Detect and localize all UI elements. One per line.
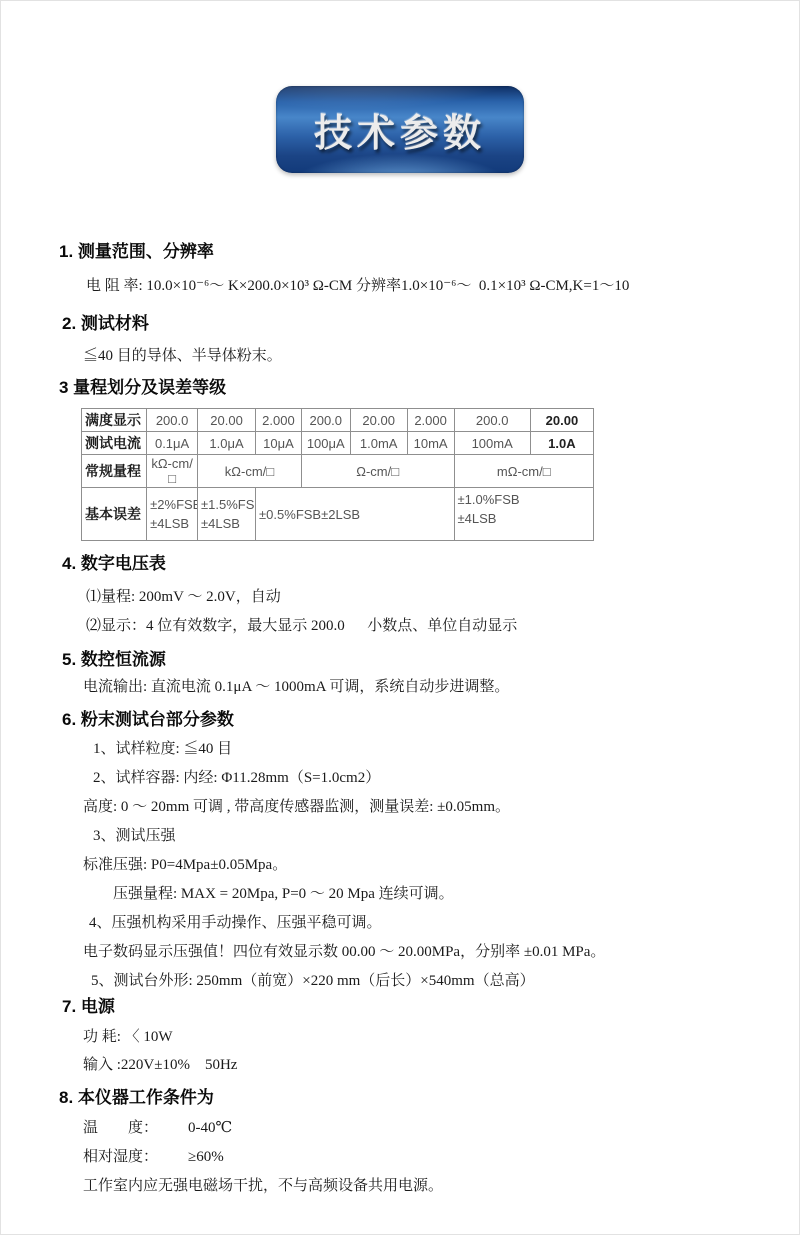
table-cell: ±1.0%FSB ±4LSB [454, 488, 594, 541]
range-error-table: 满度显示 200.0 20.00 2.000 200.0 20.00 2.000… [81, 408, 594, 541]
row-label: 基本误差 [82, 488, 147, 541]
section-6-item: 2、试样容器: 内经: Φ11.28mm（S=1.0cm2） [93, 768, 799, 789]
table-cell: 100μA [301, 432, 350, 455]
section-7-heading: 7. 电源 [62, 996, 799, 1018]
section-6-item: 压强量程: MAX = 20Mpa, P=0 ～ 20 Mpa 连续可调。 [113, 884, 799, 905]
table-cell: ±2%FSB ±4LSB [147, 488, 198, 541]
table-row-test-current: 测试电流 0.1μA 1.0μA 10μA 100μA 1.0mA 10mA 1… [82, 432, 594, 455]
section-6-item: 高度: 0 ～ 20mm 可调 , 带高度传感器监测，测量误差: ±0.05mm… [83, 797, 799, 818]
table-cell: 2.000 [256, 409, 302, 432]
section-7-line-1: 功 耗: 〈 10W [83, 1027, 799, 1048]
table-cell: 200.0 [147, 409, 198, 432]
section-4-heading: 4. 数字电压表 [62, 553, 799, 575]
section-1-heading: 1. 测量范围、分辨率 [59, 241, 799, 263]
section-6-item: 标准压强: P0=4Mpa±0.05Mpa。 [83, 855, 799, 876]
section-8-heading: 8. 本仪器工作条件为 [59, 1087, 799, 1109]
page-title: 技术参数 [314, 102, 486, 157]
section-4-line-2: ⑵显示：4 位有效数字，最大显示 200.0 小数点、单位自动显示 [86, 616, 799, 637]
section-6-item: 3、测试压强 [93, 826, 799, 847]
table-cell: 1.0μA [198, 432, 256, 455]
table-row-full-scale: 满度显示 200.0 20.00 2.000 200.0 20.00 2.000… [82, 409, 594, 432]
table-cell: Ω-cm/□ [301, 455, 454, 488]
section-6-item: 5、测试台外形: 250mm（前宽）×220 mm（后长）×540mm（总高） [91, 971, 799, 992]
section-4-line-1: ⑴量程: 200mV ～ 2.0V，自动 [86, 587, 799, 608]
row-label: 测试电流 [82, 432, 147, 455]
table-cell: 20.00 [530, 409, 593, 432]
table-cell: 0.1μA [147, 432, 198, 455]
table-cell: 10μA [256, 432, 302, 455]
table-cell: 1.0mA [350, 432, 407, 455]
section-8-line-1: 温 度： 0-40℃ [83, 1118, 799, 1139]
table-cell: 1.0A [530, 432, 593, 455]
table-cell: 200.0 [301, 409, 350, 432]
section-6-item: 1、试样粒度: ≦40 目 [93, 739, 799, 760]
row-label: 常规量程 [82, 455, 147, 488]
table-row-range-units: 常规量程 kΩ-cm/□ kΩ-cm/□ Ω-cm/□ mΩ-cm/□ [82, 455, 594, 488]
table-row-basic-error: 基本误差 ±2%FSB ±4LSB ±1.5%FSB ±4LSB ±0.5%FS… [82, 488, 594, 541]
section-8-line-2: 相对湿度： ≥60% [83, 1147, 799, 1168]
table-cell: mΩ-cm/□ [454, 455, 594, 488]
title-banner: 技术参数 [276, 86, 524, 173]
table-cell: kΩ-cm/□ [198, 455, 302, 488]
section-6-heading: 6. 粉末测试台部分参数 [62, 709, 799, 731]
row-label: 满度显示 [82, 409, 147, 432]
section-7-line-2: 输入 :220V±10% 50Hz [83, 1055, 799, 1076]
table-cell: 200.0 [454, 409, 530, 432]
table-cell: ±0.5%FSB±2LSB [256, 488, 454, 541]
table-cell: 20.00 [350, 409, 407, 432]
section-1-body: 电 阻 率: 10.0×10⁻⁶～ K×200.0×10³ Ω-CM 分辨率1.… [86, 276, 799, 297]
section-3-heading: 3 量程划分及误差等级 [59, 377, 799, 399]
section-6-item: 电子数码显示压强值！四位有效显示数 00.00 ～ 20.00MPa，分别率 ±… [83, 942, 799, 963]
section-2-heading: 2. 测试材料 [62, 313, 799, 335]
section-5-body: 电流输出: 直流电流 0.1μA ～ 1000mA 可调，系统自动步进调整。 [83, 677, 799, 698]
table-cell: 100mA [454, 432, 530, 455]
table-cell: 20.00 [198, 409, 256, 432]
section-6-item: 4、压强机构采用手动操作、压强平稳可调。 [89, 913, 799, 934]
table-cell: 10mA [407, 432, 454, 455]
section-5-heading: 5. 数控恒流源 [62, 649, 799, 671]
table-cell: ±1.5%FSB ±4LSB [198, 488, 256, 541]
document-page: 技术参数 1. 测量范围、分辨率 电 阻 率: 10.0×10⁻⁶～ K×200… [0, 0, 800, 1235]
table-cell: kΩ-cm/□ [147, 455, 198, 488]
table-cell: 2.000 [407, 409, 454, 432]
section-2-body: ≦40 目的导体、半导体粉末。 [83, 346, 799, 367]
section-8-line-3: 工作室内应无强电磁场干扰，不与高频设备共用电源。 [83, 1176, 799, 1197]
